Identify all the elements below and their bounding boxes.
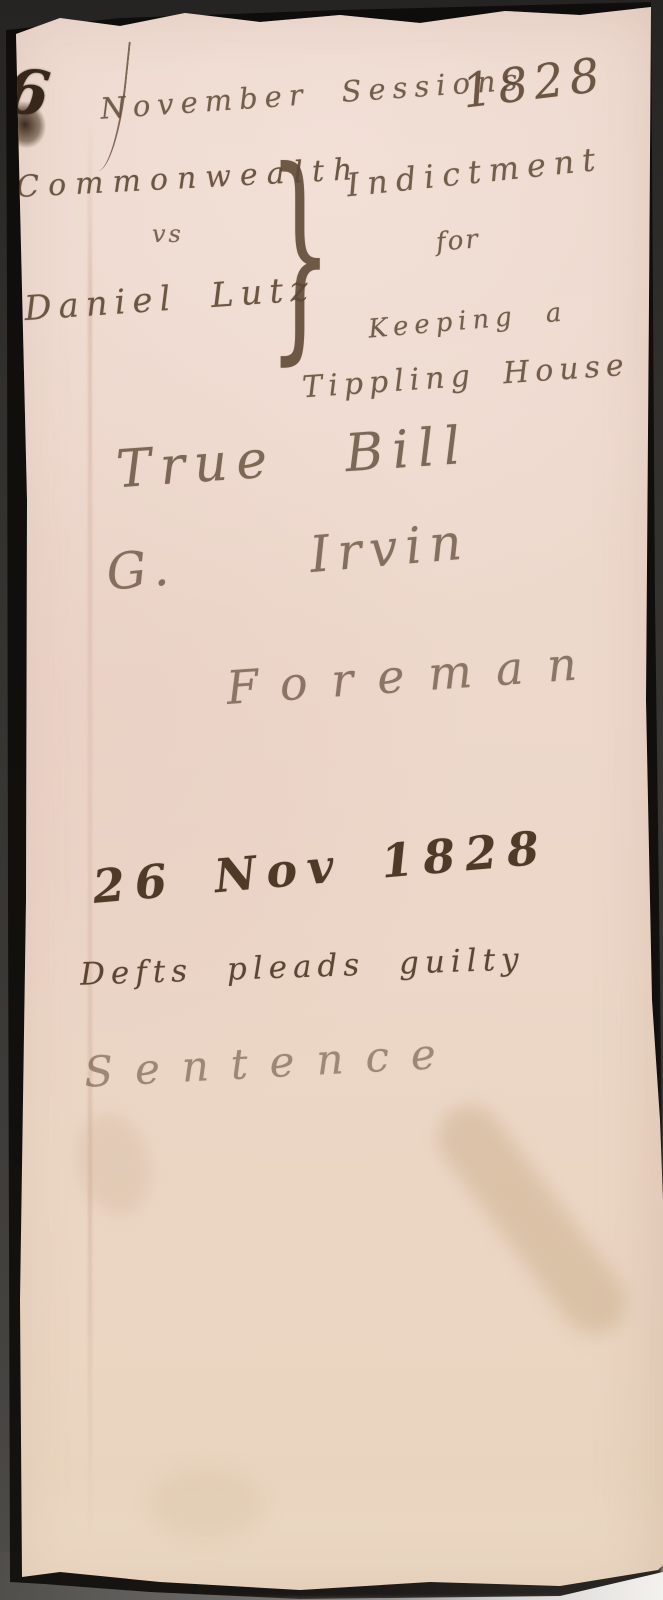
document-paper: 6 November Sessions 1828 Commonwealth } …: [0, 0, 663, 1600]
stain-left: [66, 1105, 161, 1223]
verdict-true-bill: True Bill: [115, 420, 471, 497]
charge-for-label: for: [435, 226, 481, 256]
versus-label: vs: [152, 222, 184, 246]
charge-title: Indictment: [345, 143, 604, 202]
charge-line-tippling-house: Tippling House: [301, 351, 630, 404]
stain-bottom: [148, 1468, 264, 1540]
foreman-title: Foreman: [225, 639, 602, 711]
disposition-date: 26 Nov 1828: [91, 824, 551, 910]
charge-line-keeping: Keeping a: [367, 299, 568, 342]
foreman-signature: G. Irvin: [105, 516, 472, 598]
sentence-scrawl: Sentence: [83, 1032, 459, 1094]
court-term-year: 1828: [460, 51, 608, 115]
case-brace: }: [268, 142, 332, 367]
plea-note: Defts pleads guilty: [80, 944, 526, 991]
photo-backdrop: 6 November Sessions 1828 Commonwealth } …: [0, 0, 663, 1600]
fold-line: [88, 120, 92, 1550]
stain-diagonal: [425, 1093, 639, 1347]
